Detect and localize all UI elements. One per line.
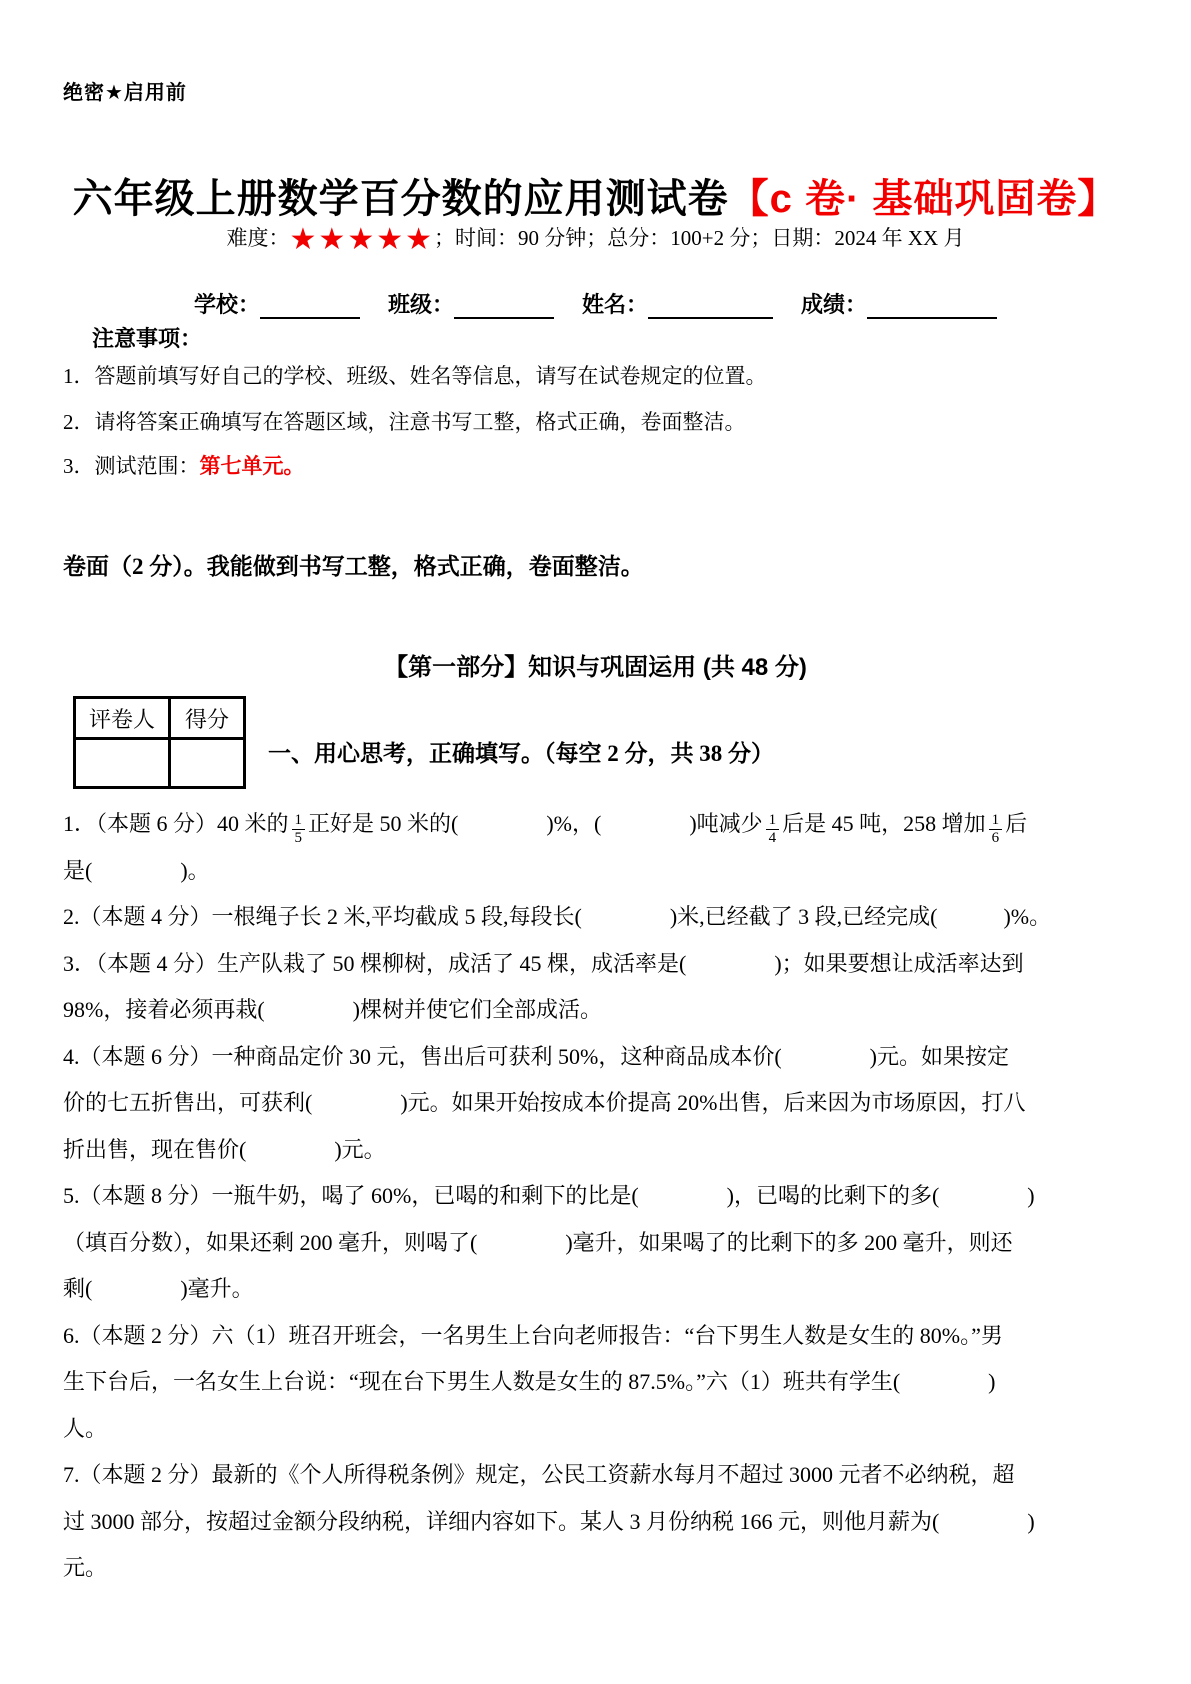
student-field-label-score: 成绩： (801, 288, 867, 319)
difficulty-stars: ★★★★★ (290, 223, 434, 256)
note-item-2: 2．请将答案正确填写在答题区域，注意书写工整，格式正确，卷面整洁。 (63, 406, 1133, 436)
question-6-line-3: 人。 (63, 1406, 1133, 1453)
question-1-line-1: 1．（本题 6 分）40 米的15正好是 50 米的( )%，( )吨减少14后… (63, 801, 1133, 848)
question-2-line-1: 2.（本题 4 分）一根绳子长 2 米,平均截成 5 段,每段长( )米,已经截… (63, 894, 1133, 941)
fraction-1-5: 15 (292, 813, 306, 846)
question-6-line-2: 生下台后，一名女生上台说：“现在台下男生人数是女生的 87.5%。”六（1）班共… (63, 1359, 1133, 1406)
question-4-line-1: 4.（本题 6 分）一种商品定价 30 元，售出后可获利 50%，这种商品成本价… (63, 1034, 1133, 1081)
classification-label: 绝密★启用前 (63, 76, 187, 105)
grader-table-col-grader: 评卷人 (75, 698, 170, 739)
question-4-line-3: 折出售，现在售价( )元。 (63, 1127, 1133, 1174)
difficulty-line: 难度：★★★★★；时间：90 分钟；总分：100+2 分；日期：2024 年 X… (0, 222, 1191, 252)
grader-table-blank-grader (75, 739, 170, 788)
fraction-1-6: 16 (989, 813, 1003, 846)
question-7-line-3: 元。 (63, 1545, 1133, 1592)
student-info-row: 学校：班级：姓名：成绩： (0, 288, 1191, 319)
student-field-blank-class (454, 295, 554, 319)
grader-table-col-score: 得分 (170, 698, 245, 739)
question-5-line-2: （填百分数），如果还剩 200 毫升，则喝了( )毫升，如果喝了的比剩下的多 2… (63, 1220, 1133, 1267)
question-3-line-2: 98%，接着必须再栽( )棵树并使它们全部成活。 (63, 987, 1133, 1034)
student-field-blank-score (867, 295, 997, 319)
student-field-score: 成绩： (801, 288, 997, 319)
question-3-line-1: 3．（本题 4 分）生产队栽了 50 棵柳树，成活了 45 棵，成活率是( )；… (63, 941, 1133, 988)
question-7-line-1: 7.（本题 2 分）最新的《个人所得税条例》规定，公民工资薪水每月不超过 300… (63, 1452, 1133, 1499)
subsection-1-heading: 一、用心思考，正确填写。（每空 2 分，共 38 分） (268, 735, 774, 768)
student-field-class: 班级： (388, 288, 554, 319)
question-5-line-1: 5.（本题 8 分）一瓶牛奶，喝了 60%，已喝的和剩下的比是( )，已喝的比剩… (63, 1173, 1133, 1220)
note-3-scope-highlight: 第七单元。 (200, 454, 305, 478)
student-field-blank-name (648, 295, 773, 319)
question-7-line-2: 过 3000 部分，按超过金额分段纳税，详细内容如下。某人 3 月份纳税 166… (63, 1499, 1133, 1546)
paper-quality-statement: 卷面（2 分）。我能做到书写工整，格式正确，卷面整洁。 (63, 548, 644, 581)
note-3-prefix: 3．测试范围： (63, 454, 200, 478)
document-page: 绝密★启用前 六年级上册数学百分数的应用测试卷【c 卷· 基础巩固卷】 难度：★… (0, 0, 1191, 1684)
difficulty-label: 难度： (227, 226, 290, 250)
question-6-line-1: 6.（本题 2 分）六（1）班召开班会，一名男生上台向老师报告：“台下男生人数是… (63, 1313, 1133, 1360)
grader-score-table: 评卷人 得分 (73, 696, 246, 789)
grader-table-blank-score (170, 739, 245, 788)
student-field-name: 姓名： (582, 288, 773, 319)
question-1-line-2: 是( )。 (63, 848, 1133, 895)
student-field-label-name: 姓名： (582, 288, 648, 319)
notes-heading: 注意事项： (92, 322, 202, 353)
title-volume: 【c 卷· 基础巩固卷】 (729, 177, 1119, 221)
student-field-label-class: 班级： (388, 288, 454, 319)
note-item-1: 1．答题前填写好自己的学校、班级、姓名等信息，请写在试卷规定的位置。 (63, 360, 1133, 390)
question-4-line-2: 价的七五折售出，可获利( )元。如果开始按成本价提高 20%出售，后来因为市场原… (63, 1080, 1133, 1127)
title-main: 六年级上册数学百分数的应用测试卷 (73, 177, 729, 221)
questions-list: 1．（本题 6 分）40 米的15正好是 50 米的( )%，( )吨减少14后… (63, 801, 1133, 1592)
difficulty-details: ；时间：90 分钟；总分：100+2 分；日期：2024 年 XX 月 (434, 226, 964, 250)
page-title: 六年级上册数学百分数的应用测试卷【c 卷· 基础巩固卷】 (0, 167, 1191, 224)
note-item-3: 3．测试范围：第七单元。 (63, 450, 1133, 480)
fraction-1-4: 14 (766, 813, 780, 846)
section-1-heading: 【第一部分】知识与巩固运用 (共 48 分) (0, 647, 1191, 682)
student-field-blank-school (260, 295, 360, 319)
question-5-line-3: 剩( )毫升。 (63, 1266, 1133, 1313)
student-field-label-school: 学校： (194, 288, 260, 319)
student-field-school: 学校： (194, 288, 360, 319)
